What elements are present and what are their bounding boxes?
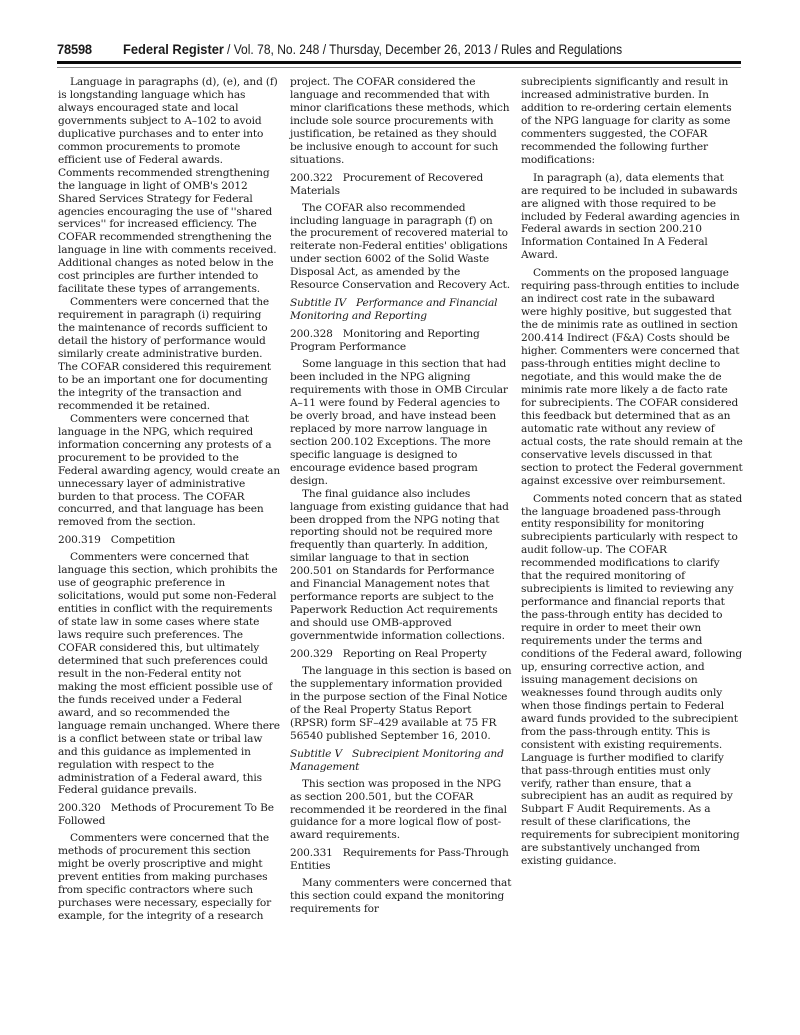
paragraph: The final guidance also includes languag… bbox=[290, 488, 512, 643]
section-heading-200-322: 200.322Procurement of Recovered Material… bbox=[290, 172, 512, 198]
page-number: 78598 bbox=[57, 40, 118, 58]
paragraph: Commenters were concerned that language … bbox=[58, 413, 280, 530]
paragraph: The COFAR also recommended including lan… bbox=[290, 202, 512, 293]
paragraph: Many commenters were concerned that this… bbox=[290, 877, 512, 916]
paragraph: The language in this section is based on… bbox=[290, 665, 512, 743]
issue-info: / Vol. 78, No. 248 / Thursday, December … bbox=[227, 40, 622, 58]
paragraph: Comments noted concern that as stated th… bbox=[521, 493, 743, 869]
column-3: subrecipients significantly and result i… bbox=[521, 76, 743, 868]
section-heading-200-320: 200.320Methods of Procurement To Be Foll… bbox=[58, 802, 280, 828]
section-number: 200.322 bbox=[290, 172, 333, 185]
paragraph-continued: subrecipients significantly and result i… bbox=[521, 76, 743, 167]
column-2: project. The COFAR considered the langua… bbox=[290, 76, 512, 916]
publication-title: Federal Register bbox=[123, 40, 224, 58]
subtitle-number: Subtitle IV bbox=[290, 297, 346, 310]
section-number: 200.319 bbox=[58, 534, 101, 547]
paragraph: Language in paragraphs (d), (e), and (f)… bbox=[58, 76, 280, 296]
paragraph: Some language in this section that had b… bbox=[290, 358, 512, 488]
section-title: Reporting on Real Property bbox=[343, 648, 487, 660]
section-number: 200.329 bbox=[290, 648, 333, 661]
section-heading-200-319: 200.319Competition bbox=[58, 534, 280, 547]
subtitle-number: Subtitle V bbox=[290, 748, 342, 761]
column-1: Language in paragraphs (d), (e), and (f)… bbox=[58, 76, 280, 923]
subtitle-heading-iv: Subtitle IVPerformance and Financial Mon… bbox=[290, 297, 512, 323]
paragraph: This section was proposed in the NPG as … bbox=[290, 778, 512, 843]
section-heading-200-328: 200.328Monitoring and Reporting Program … bbox=[290, 328, 512, 354]
running-header: 78598Federal Register/ Vol. 78, No. 248 … bbox=[57, 40, 741, 58]
paragraph: Comments on the proposed language requir… bbox=[521, 267, 743, 487]
section-number: 200.328 bbox=[290, 328, 333, 341]
paragraph: Commenters were concerned that the requi… bbox=[58, 296, 280, 413]
section-heading-200-329: 200.329Reporting on Real Property bbox=[290, 648, 512, 661]
section-title: Competition bbox=[111, 534, 175, 546]
section-number: 200.331 bbox=[290, 847, 333, 860]
section-number: 200.320 bbox=[58, 802, 101, 815]
header-rule-thick bbox=[57, 61, 741, 64]
paragraph: Commenters were concerned that language … bbox=[58, 551, 280, 797]
paragraph: In paragraph (a), data elements that are… bbox=[521, 172, 743, 263]
paragraph-continued: project. The COFAR considered the langua… bbox=[290, 76, 512, 167]
subtitle-heading-v: Subtitle VSubrecipient Monitoring and Ma… bbox=[290, 748, 512, 774]
section-heading-200-331: 200.331Requirements for Pass-Through Ent… bbox=[290, 847, 512, 873]
header-rule-thin bbox=[57, 67, 741, 68]
paragraph: Commenters were concerned that the metho… bbox=[58, 832, 280, 923]
